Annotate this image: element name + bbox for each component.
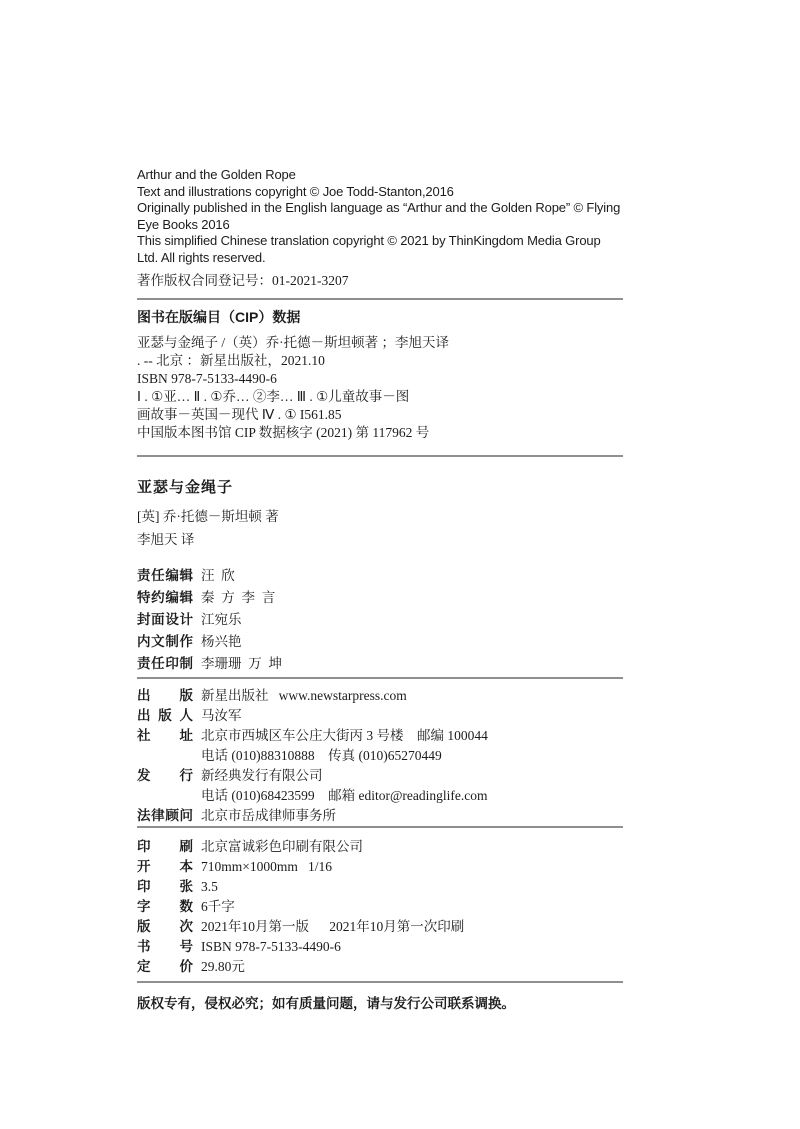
imprint-label: 印刷 bbox=[137, 837, 193, 857]
translator-line: 李旭天 译 bbox=[137, 531, 623, 549]
cip-line: Ⅰ . ①亚… Ⅱ . ①乔… ②李… Ⅲ . ①儿童故事－图 bbox=[137, 388, 623, 406]
cip-line: ISBN 978-7-5133-4490-6 bbox=[137, 370, 623, 388]
credit-row: 责任编辑 汪 欣 bbox=[137, 565, 623, 587]
title-block: 亚瑟与金绳子 [英] 乔·托德－斯坦顿 著 李旭天 译 bbox=[137, 478, 623, 549]
author-line: [英] 乔·托德－斯坦顿 著 bbox=[137, 508, 623, 526]
imprint-value: 新经典发行有限公司 bbox=[201, 766, 323, 786]
imprint-row: 定价 29.80元 bbox=[137, 957, 623, 977]
credit-row: 封面设计 江宛乐 bbox=[137, 609, 623, 631]
imprint-row: 印刷 北京富诚彩色印刷有限公司 bbox=[137, 837, 623, 857]
credit-row: 责任印制 李珊珊 万 坤 bbox=[137, 653, 623, 675]
imprint-value: 2021年10月第一版 2021年10月第一次印刷 bbox=[201, 917, 464, 937]
credit-label: 责任编辑 bbox=[137, 565, 193, 587]
section-divider bbox=[137, 826, 623, 828]
credit-label: 封面设计 bbox=[137, 609, 193, 631]
imprint-row: 电话 (010)68423599 邮箱 editor@readinglife.c… bbox=[137, 786, 623, 806]
imprint-value: 北京富诚彩色印刷有限公司 bbox=[201, 837, 363, 857]
imprint-value: 马汝军 bbox=[201, 706, 242, 726]
credit-label: 责任印制 bbox=[137, 653, 193, 675]
imprint-row: 法律顾问 北京市岳成律师事务所 bbox=[137, 806, 623, 826]
credit-label: 内文制作 bbox=[137, 631, 193, 653]
imprint-label: 社址 bbox=[137, 726, 193, 746]
printing-block: 印刷 北京富诚彩色印刷有限公司 开本 710mm×1000mm 1/16 印张 … bbox=[137, 837, 623, 977]
section-divider bbox=[137, 981, 623, 983]
imprint-value: 北京市岳成律师事务所 bbox=[201, 806, 336, 826]
credit-label: 特约编辑 bbox=[137, 587, 193, 609]
imprint-value: 3.5 bbox=[201, 877, 218, 897]
credit-value: 李珊珊 万 坤 bbox=[201, 653, 282, 675]
imprint-row: 社址 北京市西城区车公庄大街丙 3 号楼 邮编 100044 bbox=[137, 726, 623, 746]
copyright-page: Arthur and the Golden Rope Text and illu… bbox=[0, 0, 800, 1129]
imprint-value: 6千字 bbox=[201, 897, 235, 917]
cip-line: 亚瑟与金绳子 /（英）乔·托德－斯坦顿著 ；李旭天译 bbox=[137, 334, 623, 352]
english-copyright-line: Originally published in the English lang… bbox=[137, 200, 623, 233]
credits-block: 责任编辑 汪 欣 特约编辑 秦 方 李 言 封面设计 江宛乐 内文制作 杨兴艳 … bbox=[137, 565, 623, 675]
section-divider bbox=[137, 455, 623, 457]
imprint-label: 书号 bbox=[137, 937, 193, 957]
imprint-label: 出版 bbox=[137, 686, 193, 706]
english-copyright-line: This simplified Chinese translation copy… bbox=[137, 233, 623, 266]
imprint-label: 版次 bbox=[137, 917, 193, 937]
english-copyright-block: Arthur and the Golden Rope Text and illu… bbox=[137, 167, 623, 289]
section-divider bbox=[137, 677, 623, 679]
imprint-label: 定价 bbox=[137, 957, 193, 977]
imprint-label: 发行 bbox=[137, 766, 193, 786]
imprint-value: 电话 (010)68423599 邮箱 editor@readinglife.c… bbox=[201, 786, 488, 806]
legal-notice: 版权专有，侵权必究；如有质量问题，请与发行公司联系调换。 bbox=[137, 995, 623, 1013]
cip-line: . -- 北京 ：新星出版社，2021.10 bbox=[137, 352, 623, 370]
publishing-block: 出版 新星出版社 www.newstarpress.com 出版人 马汝军 社址… bbox=[137, 686, 623, 826]
imprint-row: 书号 ISBN 978-7-5133-4490-6 bbox=[137, 937, 623, 957]
imprint-label: 字数 bbox=[137, 897, 193, 917]
imprint-row: 出版人 马汝军 bbox=[137, 706, 623, 726]
cip-heading: 图书在版编目（CIP）数据 bbox=[137, 308, 623, 326]
copyright-registration-number: 著作版权合同登记号：01-2021-3207 bbox=[137, 272, 623, 289]
section-divider bbox=[137, 298, 623, 300]
english-copyright-line: Arthur and the Golden Rope bbox=[137, 167, 623, 184]
credit-value: 江宛乐 bbox=[201, 609, 242, 631]
book-title: 亚瑟与金绳子 bbox=[137, 478, 623, 498]
imprint-row: 开本 710mm×1000mm 1/16 bbox=[137, 857, 623, 877]
imprint-row: 电话 (010)88310888 传真 (010)65270449 bbox=[137, 746, 623, 766]
credit-row: 内文制作 杨兴艳 bbox=[137, 631, 623, 653]
copyright-page-content: Arthur and the Golden Rope Text and illu… bbox=[137, 167, 623, 1013]
imprint-row: 发行 新经典发行有限公司 bbox=[137, 766, 623, 786]
imprint-value: 新星出版社 www.newstarpress.com bbox=[201, 686, 407, 706]
cip-line: 中国版本图书馆 CIP 数据核字 (2021) 第 117962 号 bbox=[137, 424, 623, 442]
imprint-row: 版次 2021年10月第一版 2021年10月第一次印刷 bbox=[137, 917, 623, 937]
imprint-row: 印张 3.5 bbox=[137, 877, 623, 897]
credit-value: 杨兴艳 bbox=[201, 631, 242, 653]
cip-data-block: 图书在版编目（CIP）数据 亚瑟与金绳子 /（英）乔·托德－斯坦顿著 ；李旭天译… bbox=[137, 308, 623, 442]
credit-value: 汪 欣 bbox=[201, 565, 235, 587]
cip-line: 画故事－英国－现代 Ⅳ . ① I561.85 bbox=[137, 406, 623, 424]
english-copyright-line: Text and illustrations copyright © Joe T… bbox=[137, 184, 623, 201]
imprint-value: 电话 (010)88310888 传真 (010)65270449 bbox=[201, 746, 442, 766]
imprint-value: 北京市西城区车公庄大街丙 3 号楼 邮编 100044 bbox=[201, 726, 488, 746]
imprint-value: 29.80元 bbox=[201, 957, 245, 977]
imprint-row: 出版 新星出版社 www.newstarpress.com bbox=[137, 686, 623, 706]
imprint-label: 印张 bbox=[137, 877, 193, 897]
credit-value: 秦 方 李 言 bbox=[201, 587, 275, 609]
imprint-row: 字数 6千字 bbox=[137, 897, 623, 917]
imprint-value: 710mm×1000mm 1/16 bbox=[201, 857, 332, 877]
cip-lines: 亚瑟与金绳子 /（英）乔·托德－斯坦顿著 ；李旭天译 . -- 北京 ：新星出版… bbox=[137, 334, 623, 442]
imprint-value: ISBN 978-7-5133-4490-6 bbox=[201, 937, 341, 957]
imprint-label: 出版人 bbox=[137, 706, 193, 726]
imprint-label: 法律顾问 bbox=[137, 806, 193, 826]
imprint-label: 开本 bbox=[137, 857, 193, 877]
credit-row: 特约编辑 秦 方 李 言 bbox=[137, 587, 623, 609]
